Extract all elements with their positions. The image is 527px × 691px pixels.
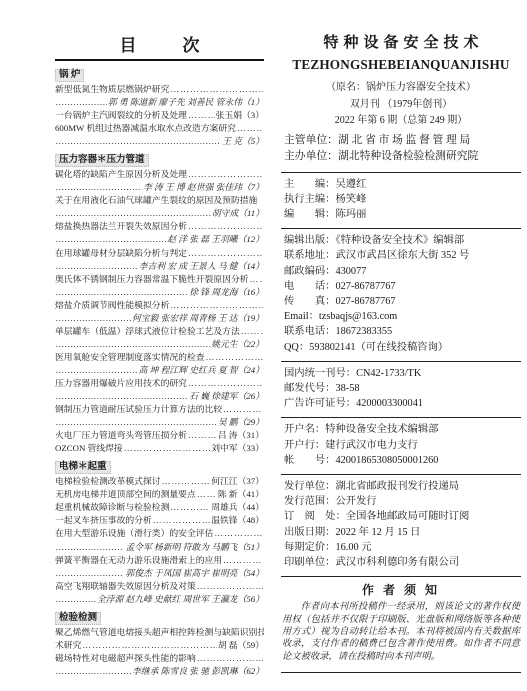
toc-title-line: 高空飞翔联轴器失效原因分析及对策…………………………………………………………………: [55, 580, 264, 593]
toc-author-line: ……………………………………………………………………………………………………………: [55, 260, 264, 273]
masthead-line: 发行范围：公开发行: [281, 494, 521, 509]
masthead-line: 传 真：027-86787767: [281, 294, 521, 309]
masthead-line: 联系地址：武汉市武昌区徐东大街 352 号: [281, 248, 521, 263]
dot-leader: ……………………………………………………………………………………………………………: [214, 527, 263, 540]
dot-leader: ……………………………………………………………………………………………………………: [56, 567, 124, 580]
toc-title: 目次: [55, 36, 264, 56]
masthead-line: 发行单位：湖北省邮政报刊发行投递局: [281, 479, 521, 494]
journal-toc-page: 目次 锅 炉新型低氮生物质层燃锅炉研究…………………………………………………………: [0, 0, 527, 691]
toc-title-line: 火电厂压力管道弯头弯管压损分析……………………………………………………………………: [55, 429, 264, 442]
toc-line-body: 新型低氮生物质层燃锅炉研究: [55, 83, 169, 96]
dot-leader: ……………………………………………………………………………………………………………: [188, 377, 263, 390]
toc-section-header: 电梯＊起重: [55, 458, 264, 474]
dot-leader: ……………………………………………………………………………………………………………: [56, 338, 210, 351]
masthead-line: 订 阅 处：全国各地邮政局可随时订阅: [281, 509, 521, 524]
toc-line-end: 何江江（37）: [211, 475, 264, 488]
toc-title-line: 聚乙烯燃气管道电熔接头超声相控阵检测与缺陷识别技: [55, 626, 264, 639]
toc-title-line: 关于在用液化石油气球罐产生裂纹的原因及预防措施: [55, 194, 264, 207]
toc-section-header: 锅 炉: [55, 66, 264, 82]
toc-title-line: 压力容器用爆破片应用技术的研究……………………………………………………………………: [55, 377, 264, 390]
toc-author-line: ……………………………………………………………………………………………………………: [55, 135, 264, 148]
toc-title-line: 一起叉车挤压事故的分析………………………………………………………………………………: [55, 514, 264, 527]
toc-line-body: 弹簧平衡器在无动力游乐设施滑索上的应用: [55, 554, 222, 567]
masthead-line: 主 编：吴遵红: [281, 177, 521, 192]
toc-author-line: ……………………………………………………………………………………………………………: [55, 593, 264, 606]
toc-line-body: 一起叉车挤压事故的分析: [55, 514, 152, 527]
toc-author-line: ……………………………………………………………………………………………………………: [55, 96, 264, 109]
author-notice: 作 者 须 知 作者向本刊所投稿件一经录用，则该论文的著作权使用权（包括并不仅限…: [281, 576, 521, 673]
toc-title-line: 熔盐换热器法兰开裂失效原因分析……………………………………………………………………: [55, 220, 264, 233]
toc-title-line: 熔盐介质调节阀性能模拟分析…………………………………………………………………………: [55, 299, 264, 312]
toc-line-body: 高空飞翔联轴器失效原因分析及对策: [55, 580, 196, 593]
dot-leader: ……………………………………………………………………………………………………………: [241, 325, 263, 338]
masthead-line: QQ：593802141（可在线投稿咨询）: [281, 340, 521, 355]
dot-leader: ……………………………………………………………………………………………………………: [56, 364, 138, 377]
toc-line-body: 火电厂压力管道弯头弯管压损分析: [55, 429, 187, 442]
masthead-line: 印刷单位：武汉市科利德印务有限公司: [281, 555, 521, 570]
masthead-line: 执行主编：杨笑峰: [281, 192, 521, 207]
dot-leader: ……………………………………………………………………………………………………………: [170, 299, 263, 312]
dot-leader: ……………………………………………………………………………………………………………: [153, 514, 210, 527]
toc-line-body: 电梯检验检测改革模式探讨: [55, 475, 161, 488]
dot-leader: ……………………………………………………………………………………………………………: [188, 220, 263, 233]
masthead-line: 帐 号：42001865308050001260: [281, 453, 521, 468]
dot-leader: ……………………………………………………………………………………………………………: [197, 580, 263, 593]
toc-line-end: 胡守成（11）: [212, 207, 264, 220]
dot-leader: ……………………………………………………………………………………………………………: [188, 429, 217, 442]
masthead-line: 国内统一刊号：CN42-1733/TK: [281, 366, 521, 381]
toc-line-body: 无机房电梯井道顶部空间的测量要点: [55, 488, 196, 501]
toc-author-line: ……………………………………………………………………………………………………………: [55, 390, 264, 403]
toc-line-end: 石 巍 徐建军（26）: [189, 390, 264, 403]
toc-line-body: 熔盐介质调节阀性能模拟分析: [55, 299, 169, 312]
author-notice-title: 作 者 须 知: [282, 582, 520, 598]
toc-title-line: 新型低氮生物质层燃锅炉研究…………………………………………………………………………: [55, 83, 264, 96]
masthead-block: 开户名：特种设备安全技术编辑部开户行：建行武汉市电力支行帐 号：42001865…: [281, 417, 521, 474]
toc-section-header: 检验检测: [55, 609, 264, 625]
masthead-center-line: （原名：锅炉压力容器安全技术）: [281, 80, 521, 97]
toc-line-body: 碳化塔的缺陷产生原因分析及处理: [55, 168, 187, 181]
masthead-line: 开户行：建行武汉市电力支行: [281, 438, 521, 453]
toc-title-text: 目次: [74, 36, 246, 55]
toc-author-line: ……………………………………………………………………………………………………………: [55, 567, 264, 580]
toc-author-line: ……………………………………………………………………………………………………………: [55, 665, 264, 678]
toc-line-end: 胡 磊（59）: [218, 639, 264, 652]
dot-leader: ……………………………………………………………………………………………………………: [56, 96, 107, 109]
toc-line-end: 何宝毅 张宏祥 周青杨 王 达（19）: [132, 312, 264, 325]
toc-line-body: 起重机械故障诊断与检验检测: [55, 501, 169, 514]
masthead-center-lines: （原名：锅炉压力容器安全技术）双月刊 （1979年创刊）2022 年第 6 期（…: [281, 80, 521, 130]
journal-pinyin: TEZHONGSHEBEIANQUANJISHU: [281, 56, 521, 74]
dot-leader: ……………………………………………………………………………………………………………: [56, 541, 124, 554]
toc-title-line: 单层罐车（低温）浮球式液位计检验工艺及方法……………………………………………………: [55, 325, 264, 338]
masthead-block: 国内统一刊号：CN42-1733/TK邮发代号：38-58广告许可证号：4200…: [281, 361, 521, 418]
toc-title-line: 在用球罐母材分层缺陷分析与判定……………………………………………………………………: [55, 247, 264, 260]
author-notice-body: 作者向本刊所投稿件一经录用，则该论文的著作权使用权（包括并不仅限于印刷版、光盘版…: [282, 601, 520, 663]
toc-line-body: 医用氧舱安全管理制度落实情况的检查: [55, 351, 205, 364]
masthead-blocks: 主 编：吴遵红执行主编：杨笑峰编 辑：陈玛丽编辑出版：《特种设备安全技术》编辑部…: [281, 172, 521, 577]
toc-line-end: 全浡源 赵九峰 史献红 周世军 王瀛龙（56）: [97, 593, 264, 606]
dot-leader: ……………………………………………………………………………………………………………: [56, 233, 166, 246]
toc-line-body: 磁场特性对电磁超声探头性能的影响: [55, 652, 196, 665]
masthead-line: 出版日期：2022 年 12 月 15 日: [281, 525, 521, 540]
masthead-line: 邮发代号：38-58: [281, 381, 521, 396]
masthead-line: 联系电话：18672383355: [281, 324, 521, 339]
masthead-center-line: 2022 年第 6 期（总第 249 期）: [281, 113, 521, 130]
toc-title-line: 起重机械故障诊断与检验检测…………………………………………………………………………: [55, 501, 264, 514]
dot-leader: ……………………………………………………………………………………………………………: [170, 501, 210, 514]
masthead-line: 邮政编码：430077: [281, 264, 521, 279]
toc-line-body: 一台锅炉主汽阀裂纹的分析及处理: [55, 109, 187, 122]
toc-line-end: 吴 鹏（29）: [218, 416, 264, 429]
masthead-column: 特种设备安全技术 TEZHONGSHEBEIANQUANJISHU （原名：锅炉…: [281, 34, 521, 673]
toc-title-line: 一台锅炉主汽阀裂纹的分析及处理……………………………………………………………………: [55, 109, 264, 122]
toc-line-end: 周雄兵（44）: [211, 501, 264, 514]
toc-author-line: ……………………………………………………………………………………………………………: [55, 286, 264, 299]
toc-line-body: 聚乙烯燃气管道电熔接头超声相控阵检测与缺陷识别技: [55, 626, 264, 639]
toc-line-body: 压力容器用爆破片应用技术的研究: [55, 377, 187, 390]
toc-title-line: OZCON 管线焊接…………………………………………………………………………………: [55, 442, 264, 455]
dot-leader: ……………………………………………………………………………………………………………: [188, 109, 215, 122]
toc-section-header-text: 检验检测: [55, 612, 101, 625]
dot-leader: ……………………………………………………………………………………………………………: [124, 442, 211, 455]
toc-title-line: 奥氏体不锈钢制压力容器常温下脆性开裂原因分析…………………………………………………: [55, 273, 264, 286]
toc-section-header-text: 锅 炉: [55, 69, 84, 82]
masthead-center-line: 双月刊 （1979年创刊）: [281, 97, 521, 114]
masthead-block: 编辑出版：《特种设备安全技术》编辑部联系地址：武汉市武昌区徐东大街 352 号邮…: [281, 228, 521, 361]
dot-leader: ……………………………………………………………………………………………………………: [223, 403, 263, 416]
toc-section-header-text: 电梯＊起重: [55, 461, 111, 474]
toc-line-body: 600MW 机组过热器减温水取水点改造方案研究: [55, 122, 236, 135]
toc-title-line: 弹簧平衡器在无动力游乐设施滑索上的应用…………………………………………………………: [55, 554, 264, 567]
toc-line-body: 熔盐换热器法兰开裂失效原因分析: [55, 220, 187, 233]
masthead-line: 广告许可证号：4200003300041: [281, 396, 521, 411]
toc-title-line: 磁场特性对电磁超声探头性能的影响…………………………………………………………………: [55, 652, 264, 665]
journal-title: 特种设备安全技术: [281, 34, 521, 53]
toc-author-line: ……………………………………………………………………………………………………………: [55, 541, 264, 554]
toc-line-body: 关于在用液化石油气球罐产生裂纹的原因及预防措施: [55, 194, 257, 207]
dot-leader: ……………………………………………………………………………………………………………: [223, 554, 263, 567]
masthead-line: 电 话：027-86787767: [281, 279, 521, 294]
dot-leader: ……………………………………………………………………………………………………………: [206, 351, 263, 364]
toc-title-line: 医用氧舱安全管理制度落实情况的检查………………………………………………………………: [55, 351, 264, 364]
toc-line-end: 郭俊杰 于凤国 崔高宇 崔明亮（54）: [125, 567, 264, 580]
toc-line-body: OZCON 管线焊接: [55, 442, 123, 455]
dot-leader: ……………………………………………………………………………………………………………: [170, 83, 263, 96]
toc-author-line: ……………………………………………………………………………………………………………: [55, 181, 264, 194]
toc-section-header-text: 压力容器＊压力管道: [55, 154, 149, 167]
toc-line-body: 在用球罐母材分层缺陷分析与判定: [55, 247, 187, 260]
dot-leader: ……………………………………………………………………………………………………………: [56, 416, 217, 429]
dot-leader: ……………………………………………………………………………………………………………: [56, 665, 131, 678]
masthead-line: 编 辑：陈玛丽: [281, 207, 521, 222]
dot-leader: ……………………………………………………………………………………………………………: [188, 168, 263, 181]
dot-leader: ……………………………………………………………………………………………………………: [56, 390, 188, 403]
toc-line-end: 李 涛 王 博 赵世强 张佳玮（7）: [143, 181, 264, 194]
toc-line-end: 徐 锋 周龙海（16）: [189, 286, 264, 299]
dot-leader: ……………………………………………………………………………………………………………: [56, 286, 188, 299]
toc-title-line: 钢制压力管道耐压试验压力计算方法的比较…………………………………………………………: [55, 403, 264, 416]
dot-leader: ……………………………………………………………………………………………………………: [56, 260, 138, 273]
toc-title-line: 600MW 机组过热器减温水取水点改造方案研究………………………………………………: [55, 122, 264, 135]
toc-line-body: 术研究: [55, 639, 81, 652]
toc-title-rule: [55, 59, 264, 61]
toc-line-end: 孟令军 杨新明 符敢为 马鹏飞（51）: [125, 541, 264, 554]
toc-line-end: 李继承 陈雪良 张 驰 彭凯琳（62）: [132, 665, 264, 678]
toc-line-body: 在用大型游乐设施（滑行类）的安全评估: [55, 527, 213, 540]
dot-leader: ……………………………………………………………………………………………………………: [162, 475, 211, 488]
toc-title-line: 术研究……………………………………………………………………………………………………: [55, 639, 264, 652]
toc-title-line: 在用大型游乐设施（滑行类）的安全评估……………………………………………………………: [55, 527, 264, 540]
toc-author-line: ……………………………………………………………………………………………………………: [55, 207, 264, 220]
toc-line-end: 陈 新（41）: [218, 488, 264, 501]
toc-title-line: 碳化塔的缺陷产生原因分析及处理……………………………………………………………………: [55, 168, 264, 181]
dot-leader: ……………………………………………………………………………………………………………: [56, 207, 211, 220]
dot-leader: ……………………………………………………………………………………………………………: [56, 135, 221, 148]
toc-line-body: 奥氏体不锈钢制压力容器常温下脆性开裂原因分析: [55, 273, 249, 286]
toc-column: 目次 锅 炉新型低氮生物质层燃锅炉研究…………………………………………………………: [55, 36, 264, 678]
toc-section-header: 压力容器＊压力管道: [55, 151, 264, 167]
toc-line-body: 单层罐车（低温）浮球式液位计检验工艺及方法: [55, 325, 240, 338]
dot-leader: ……………………………………………………………………………………………………………: [197, 488, 217, 501]
dot-leader: ……………………………………………………………………………………………………………: [250, 273, 263, 286]
masthead-unit-lines: 主管单位：湖 北 省 市 场 监 督 管 理 局主办单位：湖北特种设备检验检测研…: [281, 132, 521, 165]
masthead-line: 开户名：特种设备安全技术编辑部: [281, 422, 521, 437]
masthead-block: 主 编：吴遵红执行主编：杨笑峰编 辑：陈玛丽: [281, 172, 521, 229]
toc-author-line: ……………………………………………………………………………………………………………: [55, 338, 264, 351]
dot-leader: ……………………………………………………………………………………………………………: [56, 593, 96, 606]
toc-line-end: 王 克（5）: [222, 135, 264, 148]
toc-line-body: 钢制压力管道耐压试验压力计算方法的比较: [55, 403, 222, 416]
toc-line-end: 郭 勇 陈道新 廖子先 刘善民 管永伟（1）: [108, 96, 264, 109]
toc-line-end: 张玉娟（3）: [216, 109, 264, 122]
journal-title-text: 特种设备安全技术: [318, 35, 483, 51]
dot-leader: ……………………………………………………………………………………………………………: [188, 247, 263, 260]
masthead-block: 发行单位：湖北省邮政报刊发行投递局发行范围：公开发行订 阅 处：全国各地邮政局可…: [281, 474, 521, 576]
toc-line-end: 姚元生（22）: [211, 338, 264, 351]
toc-author-line: ……………………………………………………………………………………………………………: [55, 364, 264, 377]
toc-entries: 锅 炉新型低氮生物质层燃锅炉研究…………………………………………………………………: [55, 66, 264, 678]
dot-leader: ……………………………………………………………………………………………………………: [82, 639, 216, 652]
masthead-line: 每期定价：16.00 元: [281, 540, 521, 555]
dot-leader: ……………………………………………………………………………………………………………: [56, 181, 142, 194]
toc-line-end: 高 坤 程江辉 史红兵 夏 智（24）: [139, 364, 264, 377]
masthead-line: 编辑出版：《特种设备安全技术》编辑部: [281, 233, 521, 248]
dot-leader: ……………………………………………………………………………………………………………: [237, 122, 263, 135]
toc-author-line: ……………………………………………………………………………………………………………: [55, 416, 264, 429]
toc-line-end: 刘中军（33）: [211, 442, 264, 455]
masthead-unit-line: 主办单位：湖北特种设备检验检测研究院: [281, 148, 521, 165]
toc-title-line: 电梯检验检测改革模式探讨……………………………………………………………………………: [55, 475, 264, 488]
dot-leader: ……………………………………………………………………………………………………………: [197, 652, 263, 665]
toc-line-end: 温铁锋（48）: [211, 514, 264, 527]
toc-line-end: 吕 涛（31）: [218, 429, 264, 442]
dot-leader: ……………………………………………………………………………………………………………: [56, 312, 131, 325]
toc-line-end: 李吉利 宏 成 王景人 马 健（14）: [139, 260, 264, 273]
toc-line-end: 赵 洋 张 磊 王羽曦（12）: [167, 233, 264, 246]
toc-title-line: 无机房电梯井道顶部空间的测量要点…………………………………………………………………: [55, 488, 264, 501]
toc-author-line: ……………………………………………………………………………………………………………: [55, 233, 264, 246]
masthead-line: Email：tzsbaqjs@163.com: [281, 309, 521, 324]
toc-author-line: ……………………………………………………………………………………………………………: [55, 312, 264, 325]
masthead-unit-line: 主管单位：湖 北 省 市 场 监 督 管 理 局: [281, 132, 521, 149]
